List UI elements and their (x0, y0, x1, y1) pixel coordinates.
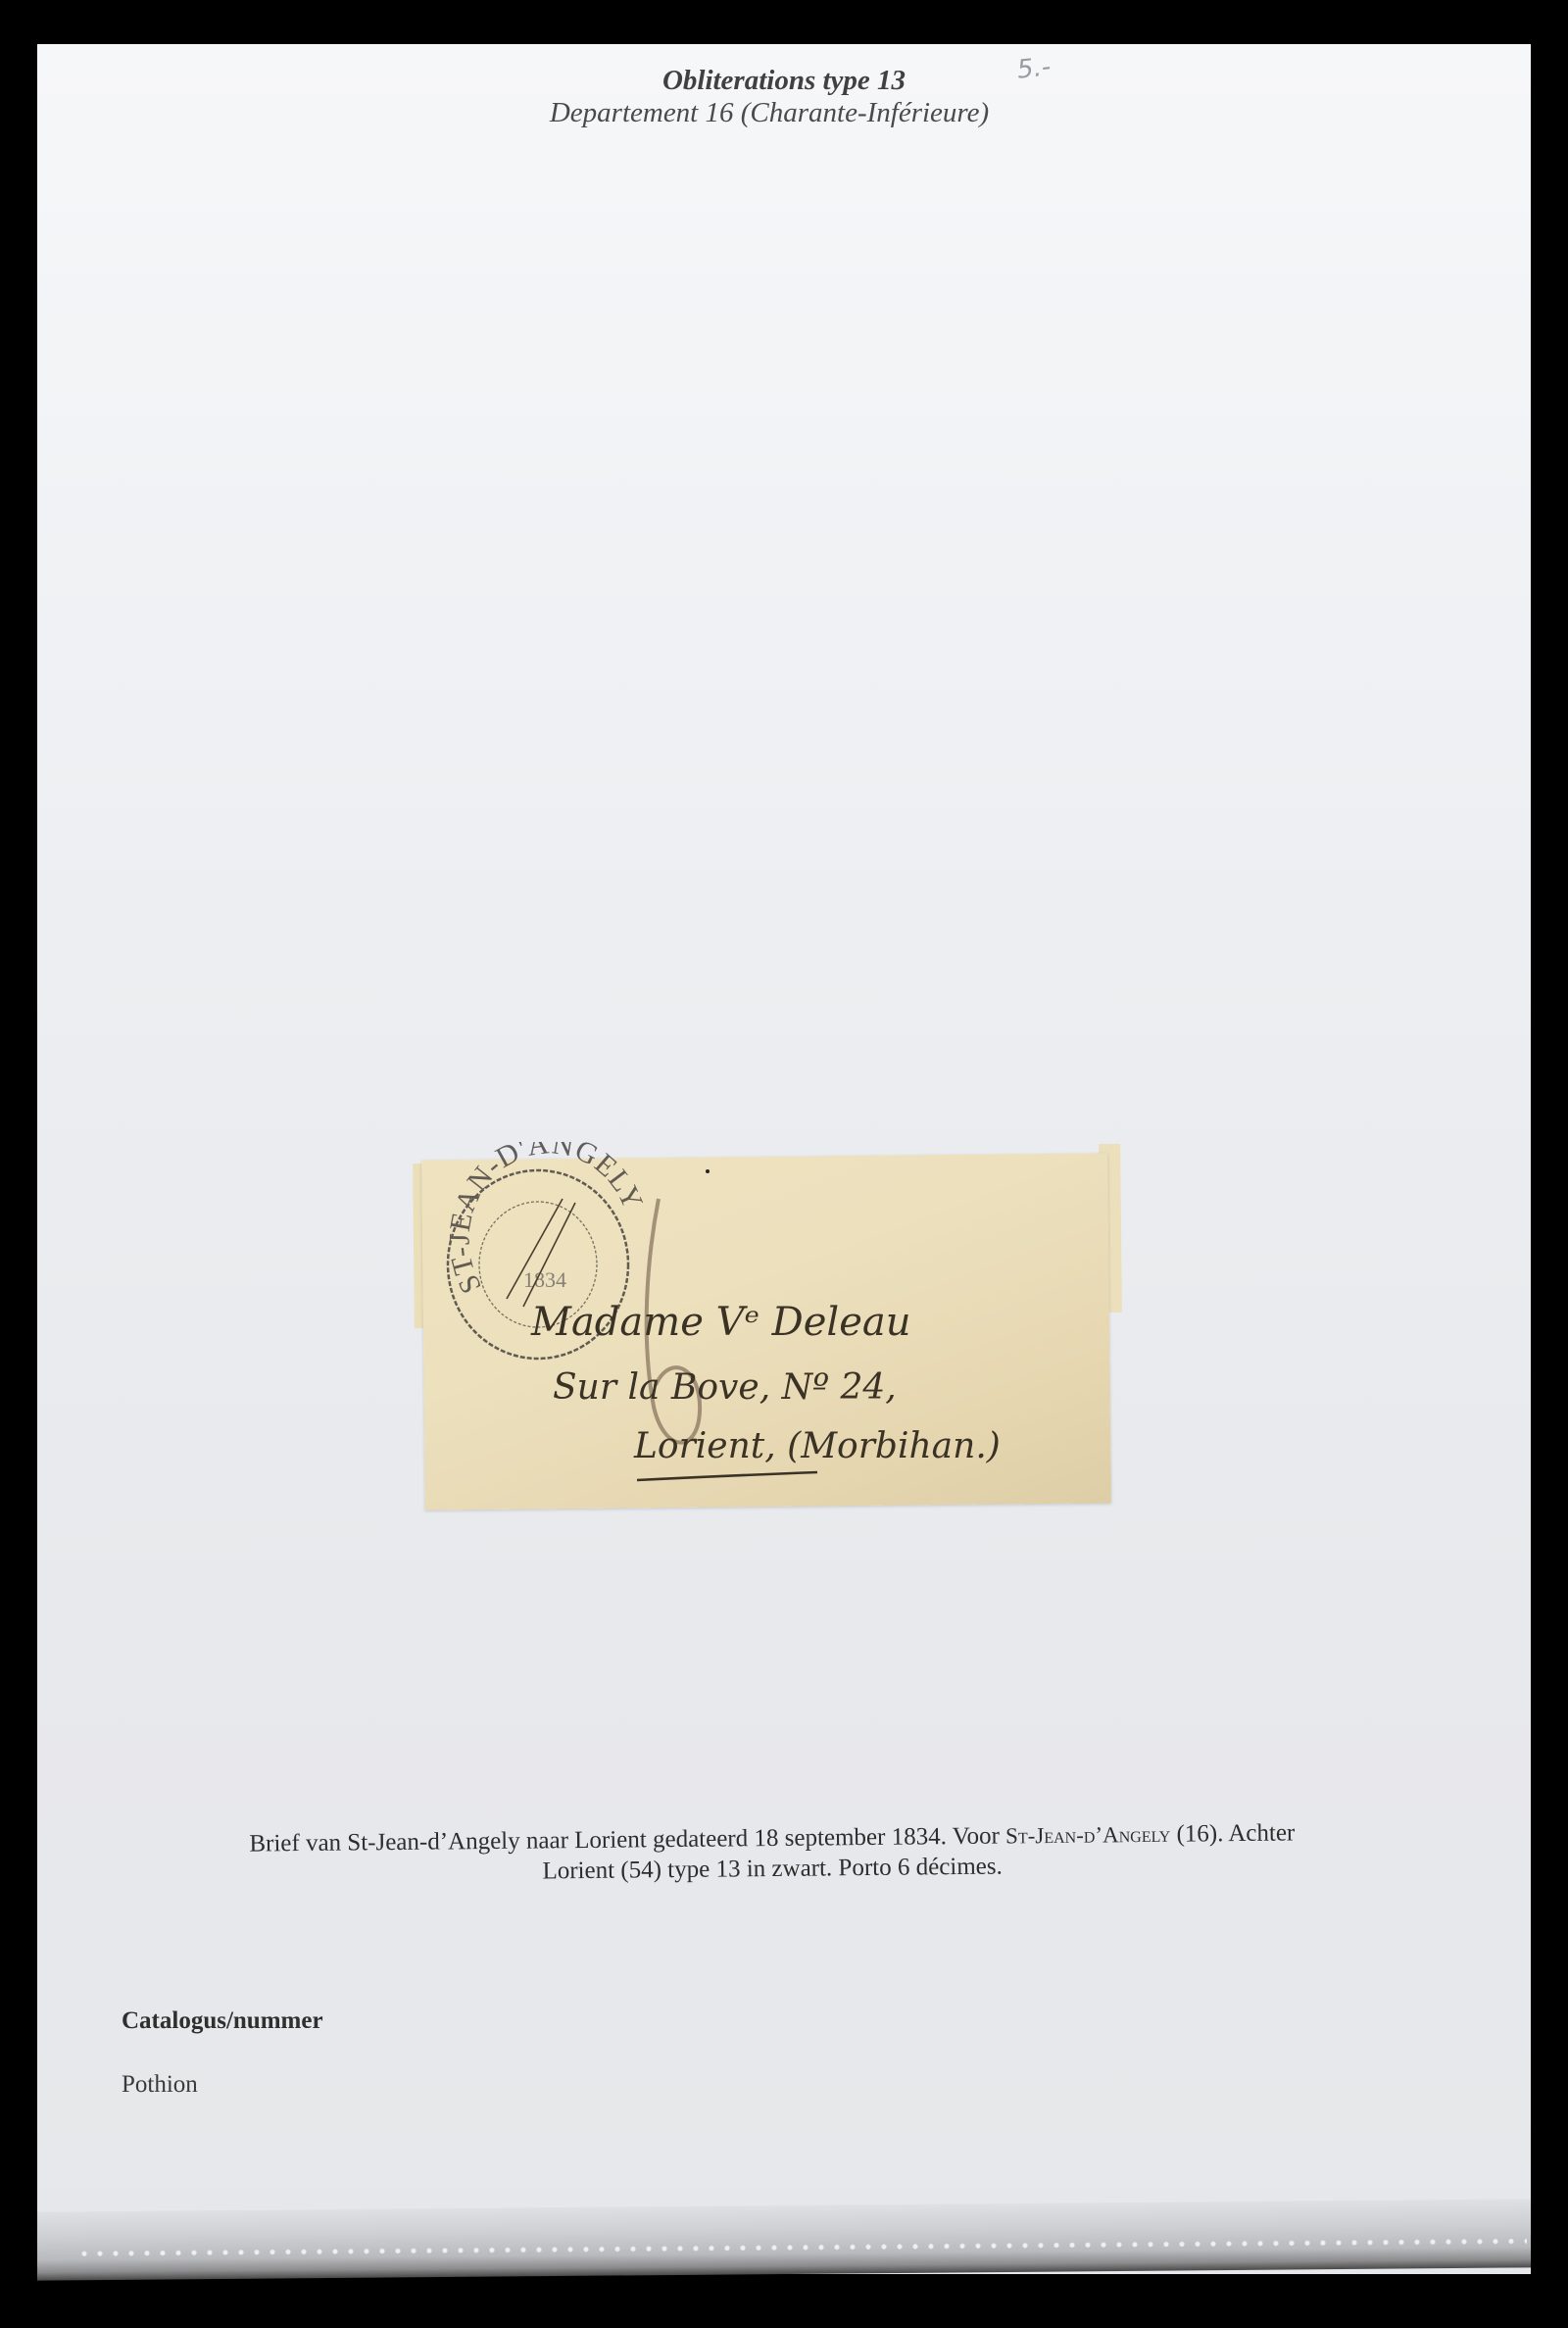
svg-text:Madame Vᵉ Deleau: Madame Vᵉ Deleau (530, 1300, 910, 1345)
address-text: Madame Vᵉ Deleau Sur la Bove, Nº 24, Lor… (530, 1300, 1001, 1466)
cover-markings: ST-JEAN-D'ANGELY 1834 Madame Vᵉ Deleau S… (414, 1142, 1139, 1563)
svg-text:Lorient, (Morbihan.): Lorient, (Morbihan.) (633, 1426, 1001, 1466)
page-header: Obliterations type 13 Departement 16 (Ch… (37, 64, 1531, 128)
album-page: Obliterations type 13 Departement 16 (Ch… (37, 44, 1531, 2274)
cover-description: Brief van St-Jean-d’Angely naar Lorient … (135, 1816, 1410, 1891)
postal-cover: ST-JEAN-D'ANGELY 1834 Madame Vᵉ Deleau S… (414, 1142, 1139, 1563)
album-sleeve-edge (37, 2199, 1531, 2280)
catalog-value: Pothion (122, 2071, 198, 2099)
catalog-label: Catalogus/nummer (122, 2007, 323, 2035)
pencil-price-note: 5.- (1016, 52, 1053, 84)
page-subtitle: Departement 16 (Charante-Inférieure) (8, 97, 1531, 128)
svg-text:1834: 1834 (523, 1267, 566, 1292)
svg-text:Sur la Bove, Nº 24,: Sur la Bove, Nº 24, (553, 1367, 897, 1408)
page-title: Obliterations type 13 (37, 64, 1531, 97)
town-name-smallcaps: St-Jean-d’Angely (1005, 1822, 1170, 1849)
sleeve-perforations (76, 2236, 1527, 2258)
